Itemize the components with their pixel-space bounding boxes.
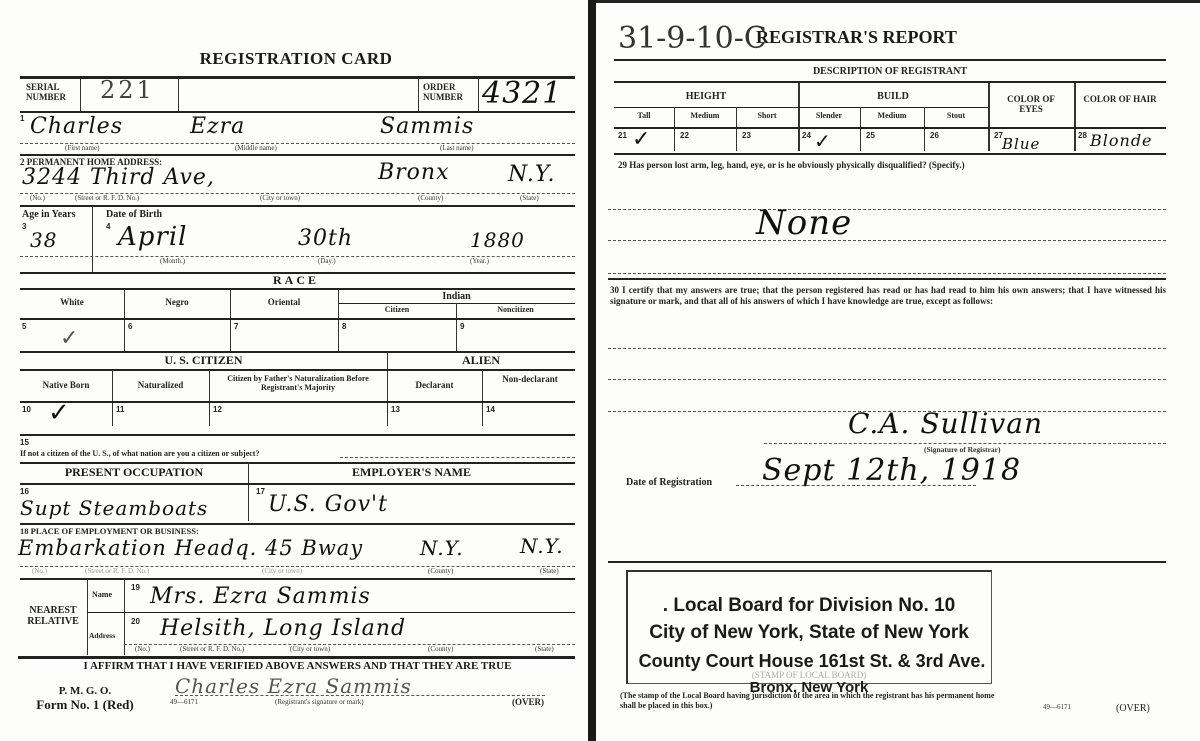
field-number: 11 <box>116 405 124 414</box>
relative-address-value: Helsith, Long Island <box>160 616 406 641</box>
year-caption: (Year.) <box>470 257 489 265</box>
employment-caption-state: (State) <box>540 567 559 575</box>
divider <box>608 278 1166 280</box>
race-col-oriental: Oriental <box>230 297 338 307</box>
birth-year-value: 1880 <box>470 228 525 252</box>
address-caption-no: (No.) <box>30 194 45 202</box>
slender-check-mark: ✓ <box>814 129 831 153</box>
middle-name-value: Ezra <box>190 114 245 139</box>
certification-text: I certify that my answers are true; that… <box>610 285 1166 306</box>
alien-col-nondeclarant: Non-declarant <box>500 374 560 384</box>
signature-caption: (Registrant's signature or mark) <box>275 698 364 706</box>
serial-number-value: 221 <box>100 76 155 104</box>
eyes-value: Blue <box>1002 135 1040 153</box>
field-number: 8 <box>342 322 346 331</box>
divider <box>20 154 575 156</box>
age-value: 38 <box>30 228 57 252</box>
hair-value: Blonde <box>1090 131 1153 150</box>
divider <box>112 370 113 426</box>
divider <box>482 370 483 426</box>
affirmation-text: I AFFIRM THAT I HAVE VERIFIED ABOVE ANSW… <box>20 660 575 672</box>
field-number: 26 <box>930 131 939 140</box>
divider <box>20 288 575 290</box>
citizen-col-naturalized: Naturalized <box>112 380 209 390</box>
divider <box>614 107 798 108</box>
race-col-indian-citizen: Citizen <box>338 305 456 314</box>
field-number: 25 <box>866 131 875 140</box>
divider <box>614 81 1166 83</box>
relative-address-label: Address <box>89 631 115 640</box>
home-address-state-value: N.Y. <box>508 162 556 187</box>
place-of-employment-value: Embarkation Headq. 45 Bway <box>18 536 363 560</box>
relative-caption-state: (State) <box>535 645 554 653</box>
divider <box>20 111 575 113</box>
occupation-value: Supt Steamboats <box>20 496 208 520</box>
card-separator <box>588 0 596 741</box>
registration-number-stamp: 31-9-10-C <box>618 21 767 56</box>
field-number: 19 <box>131 583 140 592</box>
eyes-title: COLOR OF EYES <box>996 94 1066 114</box>
divider <box>988 83 990 151</box>
field-number: 12 <box>213 405 222 414</box>
native-born-check-mark: ✓ <box>48 398 70 428</box>
middle-name-caption: (Middle name) <box>235 144 277 152</box>
last-name-value: Sammis <box>380 114 474 139</box>
divider <box>87 579 88 655</box>
divider <box>20 369 575 371</box>
stamp-line-1: . Local Board for Division No. 10 <box>626 595 992 617</box>
divider <box>340 457 575 458</box>
place-of-employment-state: N.Y. <box>520 534 564 558</box>
divider <box>614 127 1166 129</box>
address-caption-street: (Street or R. F. D. No.) <box>75 194 139 202</box>
order-number-value: 4321 <box>482 76 562 111</box>
field-number: 7 <box>234 322 238 331</box>
race-indian-label: Indian <box>338 291 575 302</box>
occupation-title: PRESENT OCCUPATION <box>20 465 248 480</box>
address-caption-city: (City or town) <box>260 194 300 202</box>
citizen-col-fathers-naturalization: Citizen by Father's Naturalization Befor… <box>209 374 387 392</box>
stamp-line-2: City of New York, State of New York <box>626 622 992 644</box>
first-name-value: Charles <box>30 114 123 139</box>
build-col-medium: Medium <box>860 111 924 120</box>
divider <box>764 443 1166 444</box>
employment-caption-street: (Street or R. F. D. No.) <box>85 567 149 575</box>
field-number: 22 <box>680 131 689 140</box>
employment-caption-city: (City or town) <box>262 567 302 575</box>
divider <box>478 78 479 111</box>
date-of-registration-label: Date of Registration <box>626 477 712 488</box>
employment-caption-no: (No.) <box>32 567 47 575</box>
build-title: BUILD <box>798 91 988 102</box>
divider <box>20 256 575 257</box>
month-caption: (Month.) <box>160 257 185 265</box>
employer-value: U.S. Gov't <box>268 492 388 517</box>
card-title: REGISTRATION CARD <box>0 49 592 69</box>
field-number: 24 <box>802 131 811 140</box>
address-caption-state: (State) <box>520 194 539 202</box>
divider <box>20 143 575 144</box>
divider <box>608 348 1166 349</box>
divider <box>608 209 1166 210</box>
field-number: 17 <box>256 487 265 496</box>
birth-day-value: 30th <box>298 226 353 251</box>
build-col-slender: Slender <box>798 111 860 120</box>
height-col-short: Short <box>736 111 798 120</box>
registrar-certification: 30 I certify that my answers are true; t… <box>610 285 1166 306</box>
birth-month-value: April <box>118 222 187 252</box>
employer-title: EMPLOYER'S NAME <box>248 465 575 480</box>
address-caption-county: (County) <box>418 194 443 202</box>
question-text: Has person lost arm, leg, hand, eye, or … <box>629 160 964 170</box>
date-of-birth-label: Date of Birth <box>106 209 162 220</box>
description-title: DESCRIPTION OF REGISTRANT <box>614 66 1166 77</box>
race-col-negro: Negro <box>124 297 230 307</box>
divider <box>608 561 1166 563</box>
divider <box>20 578 575 580</box>
divider <box>20 434 575 436</box>
field-number: 4 <box>106 222 110 231</box>
build-col-stout: Stout <box>924 111 988 120</box>
height-col-tall: Tall <box>614 111 674 120</box>
divider <box>798 107 988 108</box>
place-of-employment-label: 18 PLACE OF EMPLOYMENT OR BUSINESS: <box>20 526 199 536</box>
over-label: (OVER) <box>1116 703 1150 714</box>
divider <box>175 695 545 696</box>
relative-caption-street: (Street or R. F. D. No.) <box>180 645 244 653</box>
home-address-county-value: Bronx <box>378 160 450 185</box>
divider <box>614 59 1166 61</box>
nationality-question: If not a citizen of the U. S., of what n… <box>20 449 259 458</box>
divider <box>20 318 575 320</box>
divider <box>608 273 1166 274</box>
field-number: 10 <box>22 405 31 414</box>
home-address-street-value: 3244 Third Ave, <box>22 165 215 190</box>
race-col-indian-noncitizen: Noncitizen <box>456 305 575 314</box>
divider <box>80 78 81 111</box>
nearest-relative-label: NEAREST RELATIVE <box>18 605 88 627</box>
relative-name-value: Mrs. Ezra Sammis <box>150 584 371 609</box>
alien-col-declarant: Declarant <box>387 380 482 390</box>
field-number: 1 <box>20 114 24 123</box>
divider <box>608 379 1166 380</box>
serial-number-label: SERIAL NUMBER <box>26 82 78 102</box>
print-code: 49—6171 <box>1043 703 1071 711</box>
relative-name-label: Name <box>92 590 112 599</box>
divider <box>20 483 575 485</box>
stamp-line-3: County Court House 161st St. & 3rd Ave. <box>620 651 1004 672</box>
relative-caption-county: (County) <box>428 645 453 653</box>
citizen-col-native-born: Native Born <box>20 380 112 390</box>
relative-caption-city: (City or town) <box>290 645 330 653</box>
us-citizen-title: U. S. CITIZEN <box>20 353 387 368</box>
age-label: Age in Years <box>22 209 76 220</box>
race-title: RACE <box>0 273 592 288</box>
field-number: 20 <box>131 617 140 626</box>
field-number: 3 <box>22 222 26 231</box>
height-title: HEIGHT <box>614 91 798 102</box>
report-title: REGISTRAR'S REPORT <box>756 27 957 48</box>
field-number: 30 <box>610 285 619 295</box>
field-number: 16 <box>20 487 29 496</box>
registrars-report-card: 31-9-10-C REGISTRAR'S REPORT DESCRIPTION… <box>596 0 1200 741</box>
divider <box>20 401 575 403</box>
field-number: 6 <box>128 322 132 331</box>
print-code: 49—6171 <box>170 698 198 706</box>
first-name-caption: (First name) <box>65 144 99 152</box>
divider <box>736 485 976 486</box>
race-white-check-mark: ✓ <box>60 326 78 351</box>
physical-disqualification-question: 29 Has person lost arm, leg, hand, eye, … <box>618 160 1168 171</box>
divider <box>178 78 179 111</box>
divider <box>418 78 419 111</box>
divider <box>20 205 575 207</box>
day-caption: (Day.) <box>318 257 336 265</box>
field-number: 15 <box>20 438 29 447</box>
divider <box>20 523 575 525</box>
field-number: 13 <box>391 405 400 414</box>
last-name-caption: (Last name) <box>440 144 474 152</box>
divider <box>608 240 1166 241</box>
race-col-white: White <box>20 297 124 307</box>
divider <box>1074 83 1076 151</box>
form-agency: P. M. G. O. <box>15 685 155 697</box>
height-col-medium: Medium <box>674 111 736 120</box>
registration-card: REGISTRATION CARD SERIAL NUMBER 221 ORDE… <box>0 0 592 741</box>
field-number: 29 <box>618 160 627 170</box>
field-number: 23 <box>742 131 751 140</box>
stamp-instructions: (The stamp of the Local Board having jur… <box>620 691 1000 711</box>
divider <box>614 153 1166 155</box>
place-of-employment-city: N.Y. <box>420 536 464 560</box>
hair-title: COLOR OF HAIR <box>1080 94 1160 104</box>
field-number: 28 <box>1078 131 1087 140</box>
employment-caption-county: (County) <box>428 567 453 575</box>
disqualification-answer: None <box>756 203 852 243</box>
order-number-label: ORDER NUMBER <box>423 82 475 102</box>
divider <box>20 462 575 464</box>
divider <box>18 656 575 659</box>
field-number: 21 <box>618 131 627 140</box>
alien-title: ALIEN <box>387 353 575 368</box>
over-label: (OVER) <box>512 697 544 707</box>
field-number: 5 <box>22 322 26 331</box>
tall-check-mark: ✓ <box>632 127 650 152</box>
relative-caption-no: (No.) <box>135 645 150 653</box>
divider <box>92 206 93 272</box>
field-number: 14 <box>486 405 495 414</box>
field-number: 9 <box>460 322 464 331</box>
registrar-signature: C.A. Sullivan <box>848 407 1043 440</box>
form-name: Form No. 1 (Red) <box>15 697 155 713</box>
date-of-registration-value: Sept 12th, 1918 <box>762 453 1021 488</box>
divider <box>87 612 575 613</box>
